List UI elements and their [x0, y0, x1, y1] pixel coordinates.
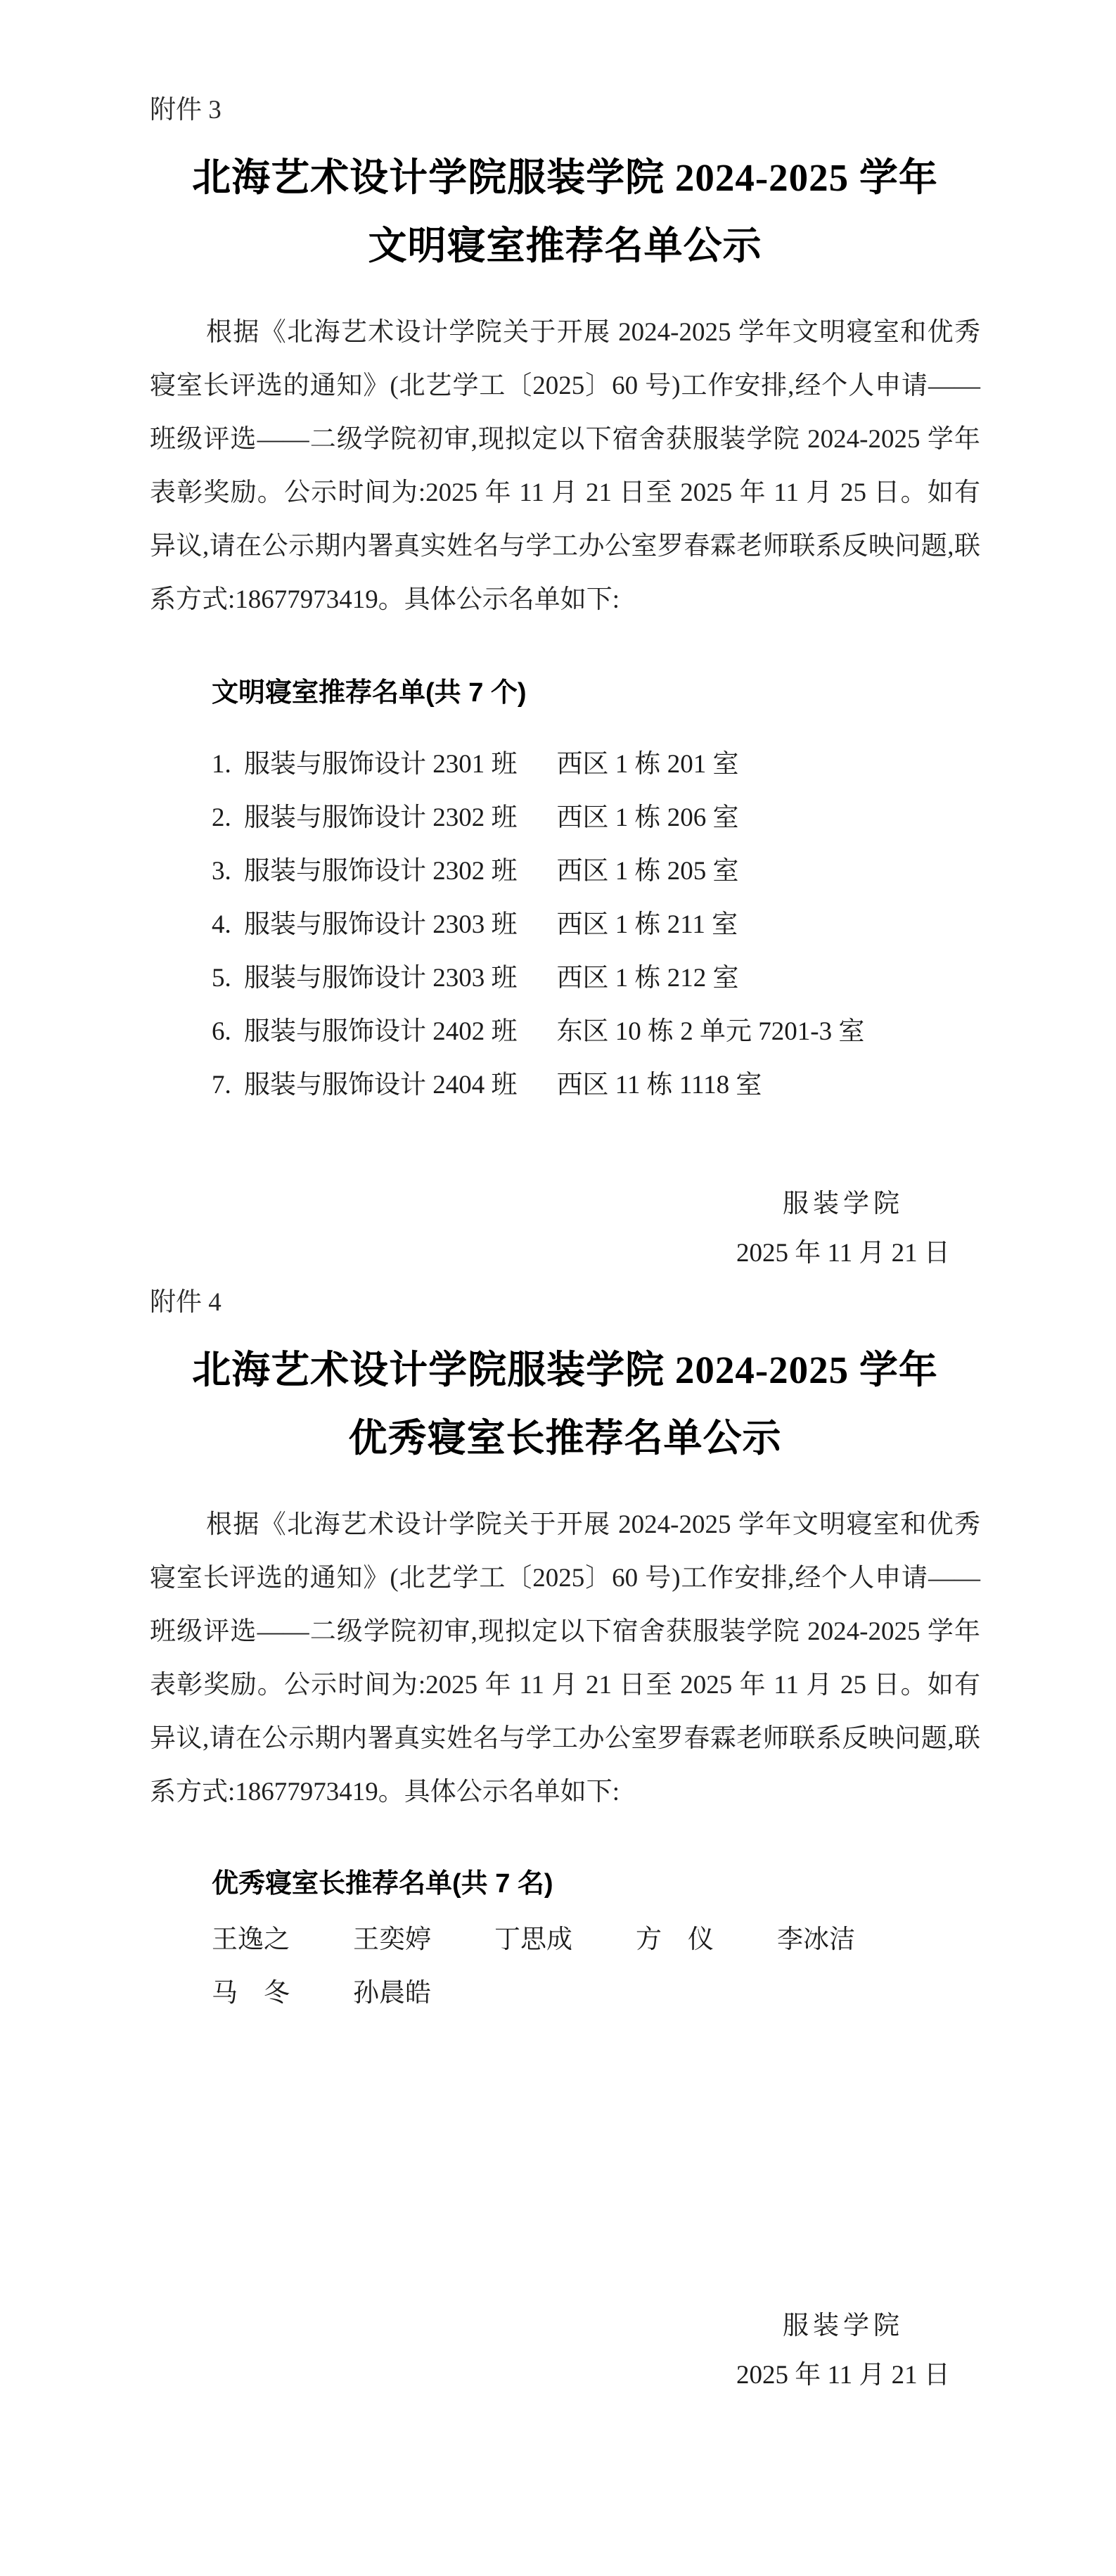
doc1-title-line1: 北海艺术设计学院服装学院 2024-2025 学年: [150, 144, 980, 212]
doc1-section: 附件 3 北海艺术设计学院服装学院 2024-2025 学年 文明寝室推荐名单公…: [150, 93, 980, 1278]
signature-org: 服装学院: [688, 2302, 998, 2351]
name-item: 李冰洁: [777, 1913, 855, 1967]
doc2-names-block: 王逸之 王奕婷 丁思成 方 仪 李冰洁 马 冬 孙晨皓: [150, 1913, 980, 2020]
name-item: 马 冬: [212, 1967, 290, 2020]
item-number: 2.: [212, 791, 244, 845]
item-room: 西区 1 栋 201 室: [557, 750, 739, 779]
item-class: 服装与服饰设计 2302 班: [244, 803, 518, 832]
item-class: 服装与服饰设计 2404 班: [244, 1071, 518, 1099]
item-room: 西区 1 栋 212 室: [557, 964, 739, 993]
doc2-attachment-label: 附件 4: [150, 1285, 980, 1320]
signature-date: 2025 年 11 月 21 日: [688, 2351, 998, 2400]
doc2-title-line1: 北海艺术设计学院服装学院 2024-2025 学年: [150, 1336, 980, 1404]
item-room: 西区 11 栋 1118 室: [557, 1071, 762, 1099]
name-item: 方 仪: [636, 1913, 714, 1967]
names-row: 马 冬 孙晨皓: [212, 1967, 980, 2020]
signature-org: 服装学院: [688, 1180, 998, 1229]
doc2-section: 附件 4 北海艺术设计学院服装学院 2024-2025 学年 优秀寝室长推荐名单…: [150, 1285, 980, 2400]
signature-date: 2025 年 11 月 21 日: [688, 1229, 998, 1278]
item-class: 服装与服饰设计 2303 班: [244, 964, 518, 993]
item-number: 1.: [212, 738, 244, 791]
doc2-title-line2: 优秀寝室长推荐名单公示: [150, 1404, 980, 1472]
list-item: 5.服装与服饰设计 2303 班西区 1 栋 212 室: [212, 952, 980, 1005]
doc1-attachment-label: 附件 3: [150, 93, 980, 128]
doc2-paragraph: 根据《北海艺术设计学院关于开展 2024-2025 学年文明寝室和优秀寝室长评选…: [150, 1498, 980, 1819]
name-item: 王逸之: [212, 1913, 290, 1967]
name-item: 王奕婷: [353, 1913, 431, 1967]
item-class: 服装与服饰设计 2301 班: [244, 750, 518, 779]
item-class: 服装与服饰设计 2402 班: [244, 1017, 518, 1046]
item-room: 东区 10 栋 2 单元 7201-3 室: [557, 1017, 865, 1046]
list-item: 1.服装与服饰设计 2301 班西区 1 栋 201 室: [212, 738, 980, 791]
doc1-title: 北海艺术设计学院服装学院 2024-2025 学年 文明寝室推荐名单公示: [150, 144, 980, 280]
item-class: 服装与服饰设计 2303 班: [244, 910, 518, 939]
doc2-list-heading: 优秀寝室长推荐名单(共 7 名): [150, 1864, 980, 1904]
name-item: 丁思成: [494, 1913, 572, 1967]
doc2-signature: 服装学院 2025 年 11 月 21 日: [688, 2302, 998, 2400]
doc2-title: 北海艺术设计学院服装学院 2024-2025 学年 优秀寝室长推荐名单公示: [150, 1336, 980, 1472]
list-item: 7.服装与服饰设计 2404 班西区 11 栋 1118 室: [212, 1059, 980, 1112]
document-content: 附件 3 北海艺术设计学院服装学院 2024-2025 学年 文明寝室推荐名单公…: [150, 93, 980, 2400]
item-number: 6.: [212, 1005, 244, 1059]
item-number: 7.: [212, 1059, 244, 1112]
item-number: 4.: [212, 898, 244, 952]
item-room: 西区 1 栋 206 室: [557, 803, 739, 832]
item-number: 3.: [212, 845, 244, 898]
doc1-paragraph: 根据《北海艺术设计学院关于开展 2024-2025 学年文明寝室和优秀寝室长评选…: [150, 306, 980, 627]
doc1-signature: 服装学院 2025 年 11 月 21 日: [688, 1180, 998, 1278]
list-item: 6.服装与服饰设计 2402 班东区 10 栋 2 单元 7201-3 室: [212, 1005, 980, 1059]
list-item: 4.服装与服饰设计 2303 班西区 1 栋 211 室: [212, 898, 980, 952]
item-class: 服装与服饰设计 2302 班: [244, 857, 518, 886]
list-item: 3.服装与服饰设计 2302 班西区 1 栋 205 室: [212, 845, 980, 898]
item-number: 5.: [212, 952, 244, 1005]
names-row: 王逸之 王奕婷 丁思成 方 仪 李冰洁: [212, 1913, 980, 1967]
doc1-dorm-list: 1.服装与服饰设计 2301 班西区 1 栋 201 室 2.服装与服饰设计 2…: [150, 738, 980, 1112]
name-item: 孙晨皓: [353, 1967, 431, 2020]
doc1-title-line2: 文明寝室推荐名单公示: [150, 212, 980, 280]
item-room: 西区 1 栋 211 室: [557, 910, 738, 939]
document-page: 附件 3 北海艺术设计学院服装学院 2024-2025 学年 文明寝室推荐名单公…: [0, 0, 1116, 2576]
list-item: 2.服装与服饰设计 2302 班西区 1 栋 206 室: [212, 791, 980, 845]
doc1-list-heading: 文明寝室推荐名单(共 7 个): [150, 673, 980, 713]
item-room: 西区 1 栋 205 室: [557, 857, 739, 886]
